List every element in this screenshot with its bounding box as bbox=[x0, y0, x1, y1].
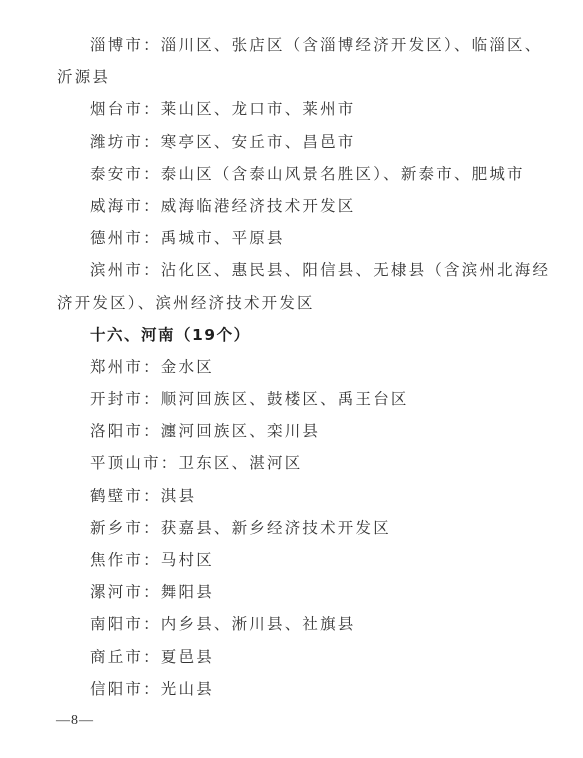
text-line-binzhou-cont: 济开发区）、滨州经济技术开发区 bbox=[57, 287, 533, 319]
text-line-luoyang: 洛阳市：瀍河回族区、栾川县 bbox=[57, 415, 533, 447]
text-line-zhengzhou: 郑州市：金水区 bbox=[57, 351, 533, 383]
document-page: 淄博市：淄川区、张店区（含淄博经济开发区）、临淄区、 沂源县 烟台市：莱山区、龙… bbox=[57, 29, 533, 705]
text-line-nanyang: 南阳市：内乡县、淅川县、社旗县 bbox=[57, 608, 533, 640]
text-line-kaifeng: 开封市：顺河回族区、鼓楼区、禹王台区 bbox=[57, 383, 533, 415]
text-line-dezhou: 德州市：禹城市、平原县 bbox=[57, 222, 533, 254]
text-line-zibo: 淄博市：淄川区、张店区（含淄博经济开发区）、临淄区、 bbox=[57, 29, 533, 61]
text-line-zibo-cont: 沂源县 bbox=[57, 61, 533, 93]
text-line-yantai: 烟台市：莱山区、龙口市、莱州市 bbox=[57, 93, 533, 125]
text-line-xinxiang: 新乡市：获嘉县、新乡经济技术开发区 bbox=[57, 512, 533, 544]
section-heading-henan: 十六、河南（19个） bbox=[57, 319, 533, 351]
text-line-binzhou: 滨州市：沾化区、惠民县、阳信县、无棣县（含滨州北海经 bbox=[57, 254, 533, 286]
text-line-shangqiu: 商丘市：夏邑县 bbox=[57, 641, 533, 673]
text-line-pingdingshan: 平顶山市：卫东区、湛河区 bbox=[57, 447, 533, 479]
page-number: —8— bbox=[56, 713, 94, 729]
text-line-hebi: 鹤壁市：淇县 bbox=[57, 480, 533, 512]
text-line-xinyang: 信阳市：光山县 bbox=[57, 673, 533, 705]
text-line-jiaozuo: 焦作市：马村区 bbox=[57, 544, 533, 576]
text-line-weifang: 潍坊市：寒亭区、安丘市、昌邑市 bbox=[57, 126, 533, 158]
text-line-taian: 泰安市：泰山区（含泰山风景名胜区）、新泰市、肥城市 bbox=[57, 158, 533, 190]
text-line-luohe: 漯河市：舞阳县 bbox=[57, 576, 533, 608]
text-line-weihai: 威海市：威海临港经济技术开发区 bbox=[57, 190, 533, 222]
